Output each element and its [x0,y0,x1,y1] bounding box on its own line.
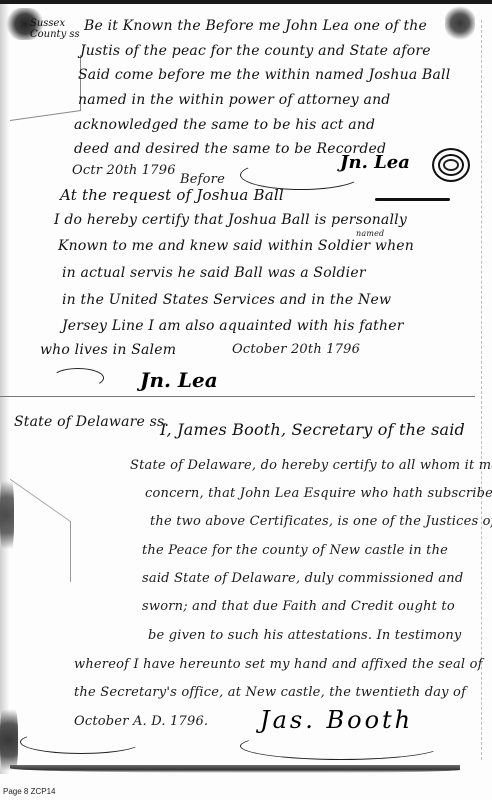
cert-line-7: who lives in Salem [40,342,176,358]
sec-line-5: the Peace for the county of New castle i… [142,543,448,558]
ack-before-label: Before [180,172,225,187]
cert-signature-flourish [52,368,104,388]
cert-insertion: named [356,229,384,238]
cert-line-4: in actual servis he said Ball was a Sold… [62,265,366,281]
scan-top-border [0,0,492,4]
sec-signature-flourish [240,732,442,760]
ack-line-3: Said come before me the within named Jos… [78,67,450,83]
ack-line-5: acknowledged the same to be his act and [74,117,375,133]
sec-line-4: the two above Certificates, is one of th… [150,514,492,529]
sec-line-3: concern, that John Lea Esquire who hath … [145,486,492,501]
page-left-edge [0,4,10,774]
page-right-edge [480,20,482,760]
cert-line-1-dash [375,198,450,201]
cert-line-6: Jersey Line I am also aquainted with his… [62,318,404,334]
margin-note-county: Sussex County ss [30,18,80,40]
page-identifier-label: Page 8 ZCP14 [3,787,55,796]
cert-date: October 20th 1796 [232,342,360,357]
folded-corner-top [10,55,81,121]
seal-scribble [432,148,470,182]
sec-line-9: whereof I have hereunto set my hand and … [74,657,483,672]
sec-line-6: said State of Delaware, duly commissione… [142,571,463,586]
cert-signature: Jn. Lea [140,368,218,392]
sec-line-7: sworn; and that due Faith and Credit oug… [142,599,455,614]
sec-heading: State of Delaware ss. [14,414,169,430]
fold-line-middle [0,396,475,397]
cert-line-1: At the request of Joshua Ball [60,186,284,204]
ack-line-2: Justis of the peac for the county and St… [80,43,431,59]
sec-line-2: State of Delaware, do hereby certify to … [130,458,492,473]
sec-line-1: I, James Booth, Secretary of the said [160,420,465,439]
margin-note-line-1: Sussex [30,18,80,29]
cert-line-3: Known to me and knew said within Soldier… [58,238,414,254]
ack-date: Octr 20th 1796 [72,163,176,178]
cert-line-2: I do hereby certify that Joshua Ball is … [54,212,407,228]
sec-signature: Jas. Booth [260,706,413,734]
ink-stain-top-right [445,6,475,40]
ack-line-1: Be it Known the Before me John Lea one o… [84,18,427,34]
sec-line-8: be given to such his attestations. In te… [148,628,461,643]
cert-line-5: in the United States Services and in the… [62,292,391,308]
page-bottom-damage [10,765,460,773]
folded-corner-mid [10,479,71,583]
document-page: Sussex County ss Be it Known the Before … [0,0,492,800]
sec-line-10: the Secretary's office, at New castle, t… [74,685,466,700]
sec-line-11: October A. D. 1796. [74,714,208,729]
bottom-left-flourish [20,730,142,754]
margin-note-line-2: County ss [30,29,80,40]
ack-line-4: named in the within power of attorney an… [78,92,390,108]
